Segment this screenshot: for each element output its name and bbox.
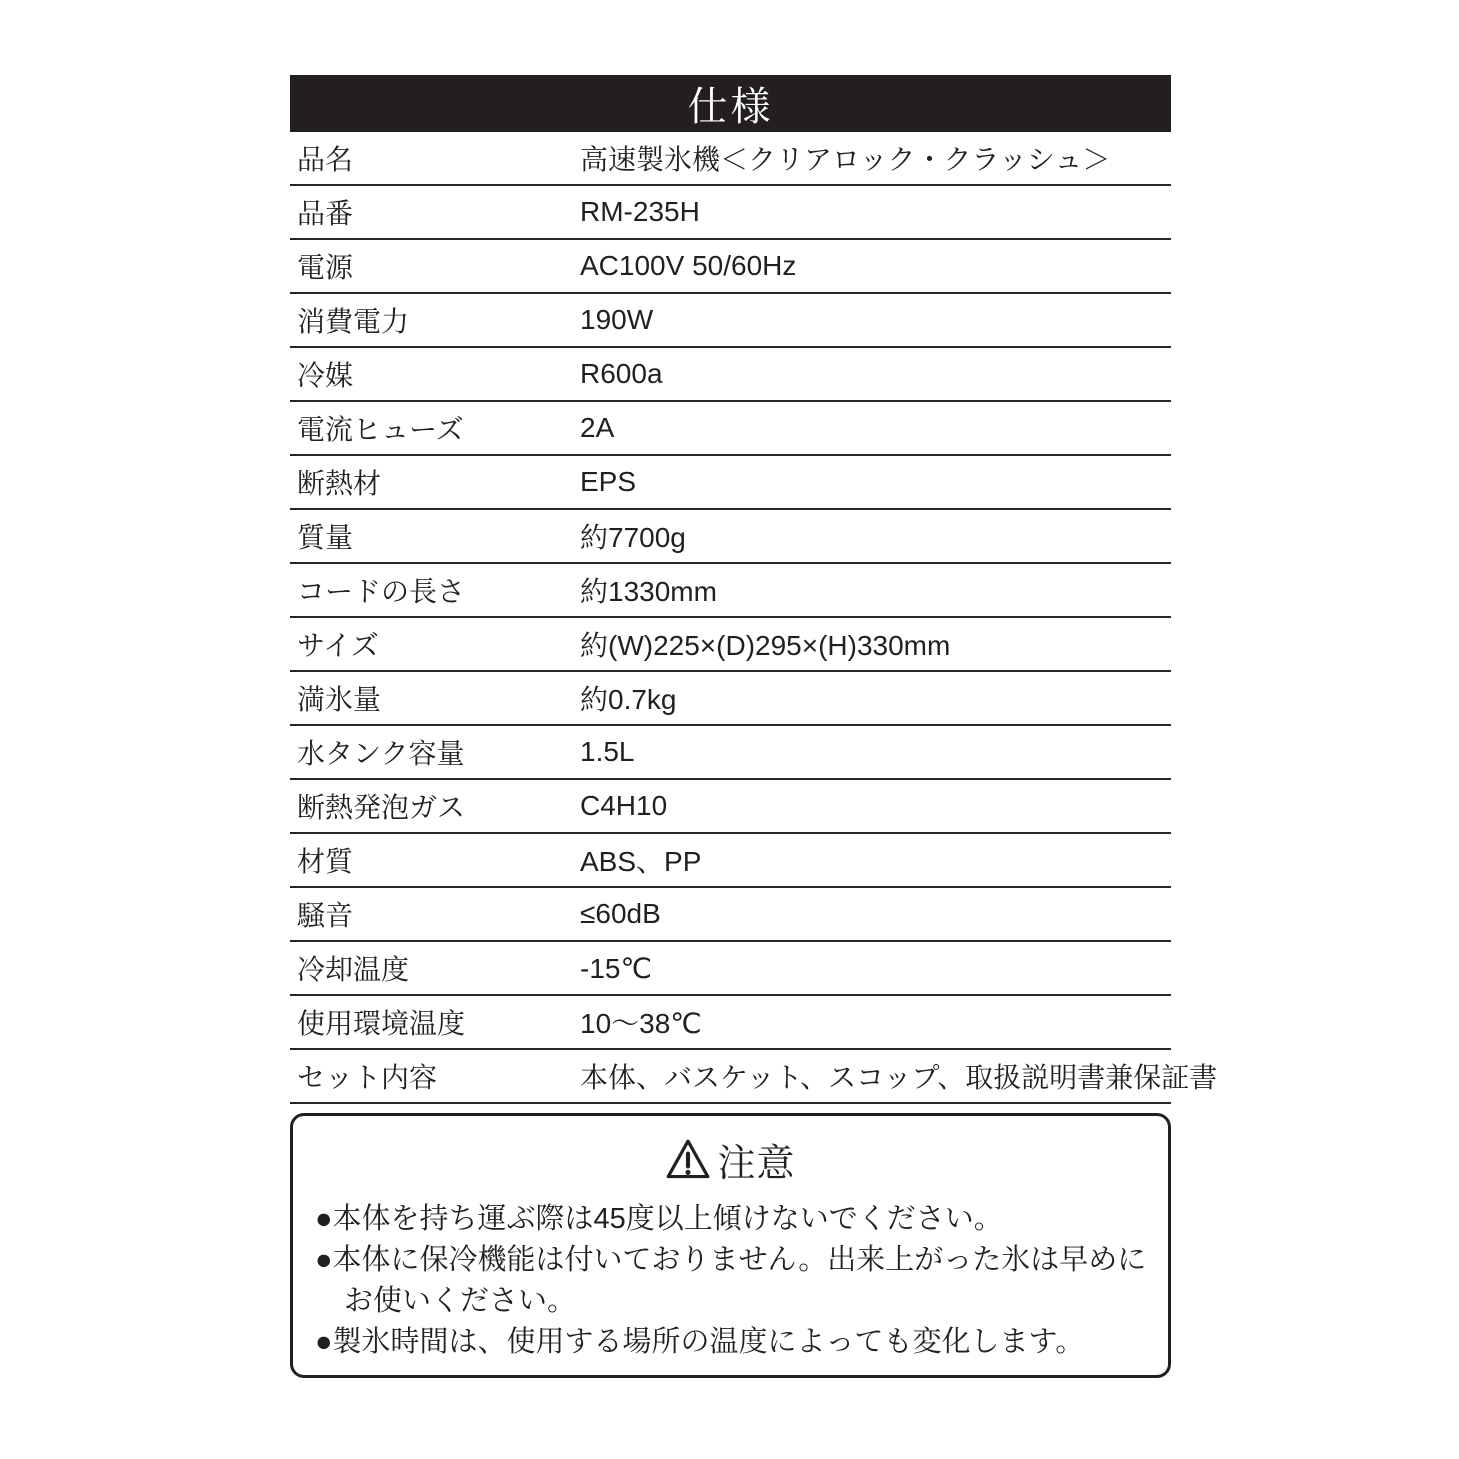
spec-row: 品番RM-235H [290,186,1171,240]
spec-row-label: 品番 [290,192,580,232]
spec-row-label: サイズ [290,624,580,664]
caution-item: ●製氷時間は、使用する場所の温度によっても変化します。 [315,1322,1154,1363]
spec-row: 断熱材EPS [290,456,1171,510]
spec-row-value: ABS、PP [580,840,1171,880]
spec-row-value: 本体、バスケット、スコップ、取扱説明書兼保証書 [580,1056,1217,1096]
spec-row-value: 約1330mm [580,570,1171,610]
spec-row-value: 190W [580,304,1171,336]
spec-row: 使用環境温度10〜38℃ [290,996,1171,1050]
spec-row: 電源AC100V 50/60Hz [290,240,1171,294]
spec-row-label: 質量 [290,516,580,556]
spec-row-label: 水タンク容量 [290,732,580,772]
spec-row-label: 電流ヒューズ [290,408,580,448]
spec-row-value: 約7700g [580,516,1171,556]
spec-row-label: 品名 [290,138,580,178]
spec-row-label: コードの長さ [290,570,580,610]
spec-row-label: 断熱発泡ガス [290,786,580,826]
spec-row-value: 高速製氷機＜クリアロック・クラッシュ＞ [580,138,1171,178]
spec-row-value: -15℃ [580,952,1171,985]
caution-box: 注意 ●本体を持ち運ぶ際は45度以上傾けないでください。●本体に保冷機能は付いて… [290,1113,1171,1378]
spec-table-rows: 品名高速製氷機＜クリアロック・クラッシュ＞品番RM-235H電源AC100V 5… [290,132,1171,1104]
spec-row: 品名高速製氷機＜クリアロック・クラッシュ＞ [290,132,1171,186]
spec-row: 電流ヒューズ2A [290,402,1171,456]
spec-row-value: R600a [580,358,1171,390]
caution-item: ●本体を持ち運ぶ際は45度以上傾けないでください。 [315,1199,1154,1240]
spec-row: 質量約7700g [290,510,1171,564]
spec-row-label: 冷却温度 [290,948,580,988]
spec-row-label: 満氷量 [290,678,580,718]
spec-sheet: 仕様 品名高速製氷機＜クリアロック・クラッシュ＞品番RM-235H電源AC100… [0,0,1459,1459]
spec-row-label: 電源 [290,246,580,286]
spec-row: 冷却温度-15℃ [290,942,1171,996]
spec-row-value: 2A [580,412,1171,444]
spec-row-label: セット内容 [290,1056,580,1096]
spec-row: コードの長さ約1330mm [290,564,1171,618]
spec-row-label: 断熱材 [290,462,580,502]
spec-row: 満氷量約0.7kg [290,672,1171,726]
spec-row: 水タンク容量1.5L [290,726,1171,780]
spec-row-value: 約(W)225×(D)295×(H)330mm [580,624,1171,664]
spec-row-value: RM-235H [580,196,1171,228]
spec-row-value: 1.5L [580,736,1171,768]
caution-list: ●本体を持ち運ぶ際は45度以上傾けないでください。●本体に保冷機能は付いておりま… [293,1199,1168,1363]
spec-row-value: 約0.7kg [580,678,1171,718]
spec-row-label: 使用環境温度 [290,1002,580,1042]
spec-row-value: AC100V 50/60Hz [580,250,1171,282]
spec-row: 騒音≤60dB [290,888,1171,942]
spec-row: サイズ約(W)225×(D)295×(H)330mm [290,618,1171,672]
spec-row-label: 材質 [290,840,580,880]
spec-row-value: EPS [580,466,1171,498]
spec-row: 断熱発泡ガスC4H10 [290,780,1171,834]
caution-title: 注意 [717,1132,795,1187]
spec-row-label: 消費電力 [290,300,580,340]
spec-row-label: 冷媒 [290,354,580,394]
spec-row-value: ≤60dB [580,898,1171,930]
warning-triangle-icon [665,1137,711,1183]
caution-header: 注意 [293,1132,1168,1187]
spec-row-value: 10〜38℃ [580,1002,1171,1042]
caution-item: ●本体に保冷機能は付いておりません。出来上がった氷は早めにお使いください。 [315,1240,1154,1322]
spec-row: 材質ABS、PP [290,834,1171,888]
spec-row-label: 騒音 [290,894,580,934]
spec-row: セット内容本体、バスケット、スコップ、取扱説明書兼保証書 [290,1050,1171,1104]
spec-row: 消費電力190W [290,294,1171,348]
spec-row: 冷媒R600a [290,348,1171,402]
spec-table: 仕様 品名高速製氷機＜クリアロック・クラッシュ＞品番RM-235H電源AC100… [290,75,1171,1104]
spec-table-title: 仕様 [290,75,1171,132]
spec-row-value: C4H10 [580,790,1171,822]
